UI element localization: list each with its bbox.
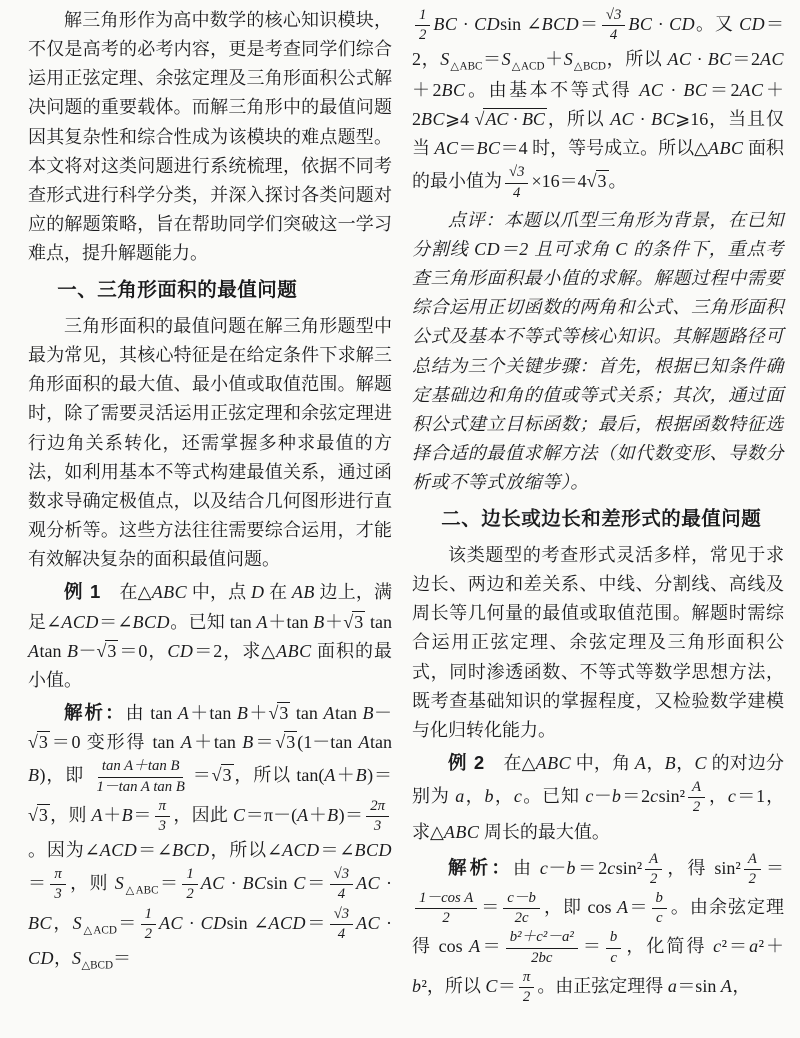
math-fraction: bc [606, 928, 621, 967]
math-variable: b [412, 976, 422, 996]
comment-1-paragraph: 点评：本题以爪型三角形为背景，在已知分割线 CD＝2 且可求角 C 的条件下，重… [412, 206, 784, 498]
math-variable: AC [760, 49, 784, 69]
math-variable: S [564, 49, 574, 69]
math-variable: BC [242, 873, 266, 893]
fraction-numerator: A [688, 778, 705, 798]
math-square-root: √3 [275, 728, 297, 757]
radicand: 3 [37, 731, 50, 752]
math-fraction: A2 [645, 850, 662, 889]
math-variable: AC [610, 109, 634, 129]
math-fraction: √34 [505, 163, 528, 202]
math-square-root: √AC · BC [475, 105, 547, 134]
math-variable: AC [639, 80, 663, 100]
math-variable: B [237, 703, 249, 723]
math-fraction: 12 [141, 905, 156, 944]
math-variable: CD [669, 14, 695, 34]
math-variable: c [540, 857, 549, 877]
fraction-numerator: b [606, 928, 621, 948]
fraction-denominator: 2 [745, 870, 760, 889]
fraction-numerator: 1－cos A [415, 889, 477, 909]
math-variable: ABC [276, 641, 312, 661]
math-subscript: △BCD [573, 61, 606, 73]
math-variable: C [694, 753, 707, 773]
radical-sign-icon: √ [28, 732, 37, 752]
math-variable: B [122, 805, 134, 825]
math-variable: BC [442, 80, 466, 100]
math-variable: CD [28, 948, 54, 968]
analysis-1-continued-paragraph: 12BC · CDsin ∠BCD＝√34BC · CD。又 CD＝2，S△AB… [412, 6, 784, 203]
radicand: AC · BC [483, 108, 547, 129]
left-column: 解三角形作为高中数学的核心知识模块，不仅是高考的必考内容，更是考查同学们综合运用… [28, 6, 392, 978]
radicand: 3 [105, 640, 118, 661]
math-variable: A [617, 897, 629, 917]
math-variable: A [635, 753, 647, 773]
fraction-denominator: 4 [334, 885, 349, 904]
radicand: 3 [596, 170, 609, 191]
math-variable: BC [708, 49, 732, 69]
math-variable: AC [356, 873, 380, 893]
math-variable: B [67, 641, 79, 661]
math-square-root: √3 [28, 801, 50, 830]
math-variable: A [28, 641, 40, 661]
fraction-numerator: A [645, 850, 662, 870]
section-2-heading: 二、边长或边长和差形式的最值问题 [412, 504, 784, 536]
math-variable: C [485, 976, 498, 996]
math-variable: D [251, 582, 265, 602]
fraction-denominator: 2 [689, 798, 704, 817]
math-variable: AC [201, 873, 225, 893]
fraction-numerator: π [519, 968, 534, 988]
math-variable: B [313, 612, 325, 632]
math-variable: c [514, 786, 523, 806]
fraction-denominator: c [652, 909, 667, 928]
radicand: 3 [37, 804, 50, 825]
fraction-denominator: c [606, 949, 621, 968]
math-fraction: tan A＋tan B1－tan A tan B [93, 757, 189, 796]
math-variable: S [72, 948, 82, 968]
fraction-denominator: 2 [141, 925, 156, 944]
math-variable: S [502, 49, 512, 69]
math-fraction: √34 [602, 6, 625, 45]
math-variable: ABC [536, 753, 572, 773]
radicand: 3 [284, 731, 297, 752]
bold-label: 例 1 [64, 581, 101, 602]
math-variable: A [92, 805, 104, 825]
section-1-heading: 一、三角形面积的最值问题 [28, 275, 392, 307]
math-variable: b [485, 786, 495, 806]
math-variable: CD [167, 641, 193, 661]
math-variable: A [297, 805, 309, 825]
fraction-denominator: 2c [511, 909, 533, 928]
intro-paragraph: 解三角形作为高中数学的核心知识模块，不仅是高考的必考内容，更是考查同学们综合运用… [28, 6, 392, 268]
fraction-denominator: 1－tan A tan B [93, 778, 189, 797]
fraction-numerator: √3 [505, 163, 528, 183]
math-fraction: 12 [182, 865, 197, 904]
radical-sign-icon: √ [343, 612, 352, 632]
fraction-numerator: 1 [415, 6, 430, 26]
math-variable: B [242, 732, 254, 752]
math-variable: AC [356, 912, 380, 932]
math-variable: S [440, 49, 450, 69]
fraction-denominator: 4 [606, 26, 621, 45]
math-variable: BC [651, 109, 675, 129]
radicand: 3 [221, 764, 234, 785]
math-square-root: √3 [212, 761, 234, 790]
fraction-numerator: b²＋c²－a² [506, 928, 578, 948]
math-variable: BC [477, 138, 501, 158]
math-variable: a [455, 786, 465, 806]
fraction-denominator: 2 [519, 988, 534, 1007]
fraction-denominator: 3 [50, 885, 65, 904]
math-variable: AC [668, 49, 692, 69]
analysis-2-paragraph: 解析：由 c－b＝2csin²A2，得 sin²A2＝1－cos A2＝c－b2… [412, 850, 784, 1008]
radical-sign-icon: √ [28, 805, 37, 825]
math-variable: BCD [132, 612, 170, 632]
math-fraction: √34 [330, 905, 353, 944]
math-fraction: A2 [688, 778, 705, 817]
fraction-denominator: 2 [415, 26, 430, 45]
math-variable: ABC [444, 822, 480, 842]
math-square-root: √3 [96, 637, 118, 666]
math-square-root: √3 [268, 699, 290, 728]
math-variable: c [713, 936, 722, 956]
fraction-numerator: 2π [366, 797, 389, 817]
math-fraction: A2 [744, 850, 761, 889]
right-column: 12BC · CDsin ∠BCD＝√34BC · CD。又 CD＝2，S△AB… [412, 6, 784, 1010]
math-variable: C [615, 239, 628, 259]
section-2-intro-paragraph: 该类题型的考查形式灵活多样，常见于求边长、两边和差关系、中线、分割线、高线及周长… [412, 541, 784, 745]
fraction-denominator: 2 [646, 870, 661, 889]
math-variable: AC [159, 912, 183, 932]
math-variable: C [293, 873, 306, 893]
fraction-numerator: b [652, 889, 667, 909]
fraction-denominator: 3 [370, 817, 385, 836]
math-subscript: △ACD [82, 924, 117, 936]
section-1-intro-paragraph: 三角形面积的最值问题在解三角形题型中最为常见，其核心特征是在给定条件下求解三角形… [28, 312, 392, 574]
math-variable: BCD [355, 840, 393, 860]
math-variable: c [650, 786, 659, 806]
math-variable: c [585, 786, 594, 806]
math-variable: BC [433, 14, 457, 34]
radicand: 3 [277, 702, 290, 723]
radical-sign-icon: √ [212, 765, 221, 785]
fraction-numerator: √3 [602, 6, 625, 26]
math-variable: ACD [269, 912, 307, 932]
math-variable: ABC [152, 582, 188, 602]
math-variable: a [749, 936, 759, 956]
math-fraction: 2π3 [366, 797, 389, 836]
math-variable: BCD [542, 14, 580, 34]
math-variable: S [73, 912, 83, 932]
math-fraction: π2 [519, 968, 534, 1007]
math-variable: CD [474, 14, 500, 34]
math-subscript: △ABC [450, 61, 483, 73]
example-1-paragraph: 例 1 在△ABC 中，点 D 在 AB 边上，满足∠ACD＝∠BCD。已知 t… [28, 577, 392, 695]
math-square-root: √3 [28, 728, 50, 757]
bold-label: 解析： [64, 702, 126, 723]
math-variable: BC [628, 14, 652, 34]
math-variable: c [607, 857, 616, 877]
analysis-1-paragraph: 解析：由 tan A＋tan B＋√3 tan Atan B－√3＝0 变形得 … [28, 698, 392, 974]
fraction-numerator: tan A＋tan B [98, 757, 184, 777]
math-variable: A [721, 976, 733, 996]
article-page: 解三角形作为高中数学的核心知识模块，不仅是高考的必考内容，更是考查同学们综合运用… [0, 0, 800, 1038]
fraction-numerator: 1 [141, 905, 156, 925]
math-variable: BC [421, 109, 445, 129]
fraction-numerator: √3 [330, 905, 353, 925]
bold-label: 例 2 [448, 752, 485, 773]
fraction-numerator: π [50, 865, 65, 885]
fraction-numerator: A [744, 850, 761, 870]
fraction-denominator: 4 [334, 925, 349, 944]
radical-sign-icon: √ [275, 732, 284, 752]
math-subscript: △ABC [124, 885, 158, 897]
math-variable: ACD [100, 840, 138, 860]
math-variable: CD [739, 14, 765, 34]
radicand: 3 [352, 611, 365, 632]
math-variable: BCD [172, 840, 210, 860]
math-variable: AB [292, 582, 315, 602]
fraction-numerator: 1 [182, 865, 197, 885]
radical-sign-icon: √ [587, 171, 596, 191]
math-variable: BC [28, 912, 52, 932]
math-variable: A [323, 703, 335, 723]
math-fraction: √34 [330, 865, 353, 904]
math-variable: C [233, 805, 246, 825]
fraction-denominator: 3 [155, 817, 170, 836]
fraction-denominator: 4 [509, 184, 524, 203]
math-variable: A [469, 936, 481, 956]
math-fraction: 1－cos A2 [415, 889, 477, 928]
math-variable: B [356, 765, 368, 785]
math-variable: AC [435, 138, 459, 158]
math-variable: B [363, 703, 375, 723]
math-subscript: △ACD [511, 61, 544, 73]
math-fraction: 12 [415, 6, 430, 45]
math-variable: B [327, 805, 339, 825]
math-variable: S [115, 873, 125, 893]
math-variable: ACD [61, 612, 99, 632]
math-variable: b [612, 786, 622, 806]
math-fraction: b²＋c²－a²2bc [506, 928, 578, 967]
math-square-root: √3 [343, 608, 365, 637]
math-variable: CD [474, 239, 500, 259]
math-variable: BC [683, 80, 707, 100]
example-2-paragraph: 例 2 在△ABC 中，角 A，B，C 的对边分别为 a，b，c。已知 c－b＝… [412, 748, 784, 847]
math-fraction: π3 [155, 797, 170, 836]
fraction-numerator: π [155, 797, 170, 817]
math-square-root: √3 [587, 167, 609, 196]
math-variable: B [28, 765, 40, 785]
fraction-denominator: 2 [438, 909, 453, 928]
fraction-numerator: c－b [503, 889, 540, 909]
math-variable: A [181, 732, 193, 752]
math-variable: ABC [708, 138, 744, 158]
math-variable: A [324, 765, 336, 785]
bold-label: 解析： [448, 856, 513, 877]
math-variable: A [257, 612, 269, 632]
math-variable: AC [739, 80, 763, 100]
math-variable: a [668, 976, 678, 996]
math-fraction: c－b2c [503, 889, 540, 928]
fraction-denominator: 2 [182, 885, 197, 904]
math-variable: A [359, 732, 371, 752]
math-subscript: △BCD [82, 959, 114, 971]
math-variable: A [178, 703, 190, 723]
fraction-numerator: √3 [330, 865, 353, 885]
math-variable: c [728, 786, 737, 806]
math-variable: B [665, 753, 677, 773]
math-variable: ACD [282, 840, 320, 860]
math-variable: CD [201, 912, 227, 932]
math-fraction: bc [652, 889, 667, 928]
fraction-denominator: 2bc [527, 949, 556, 968]
math-variable: b [566, 857, 576, 877]
math-fraction: π3 [50, 865, 65, 904]
